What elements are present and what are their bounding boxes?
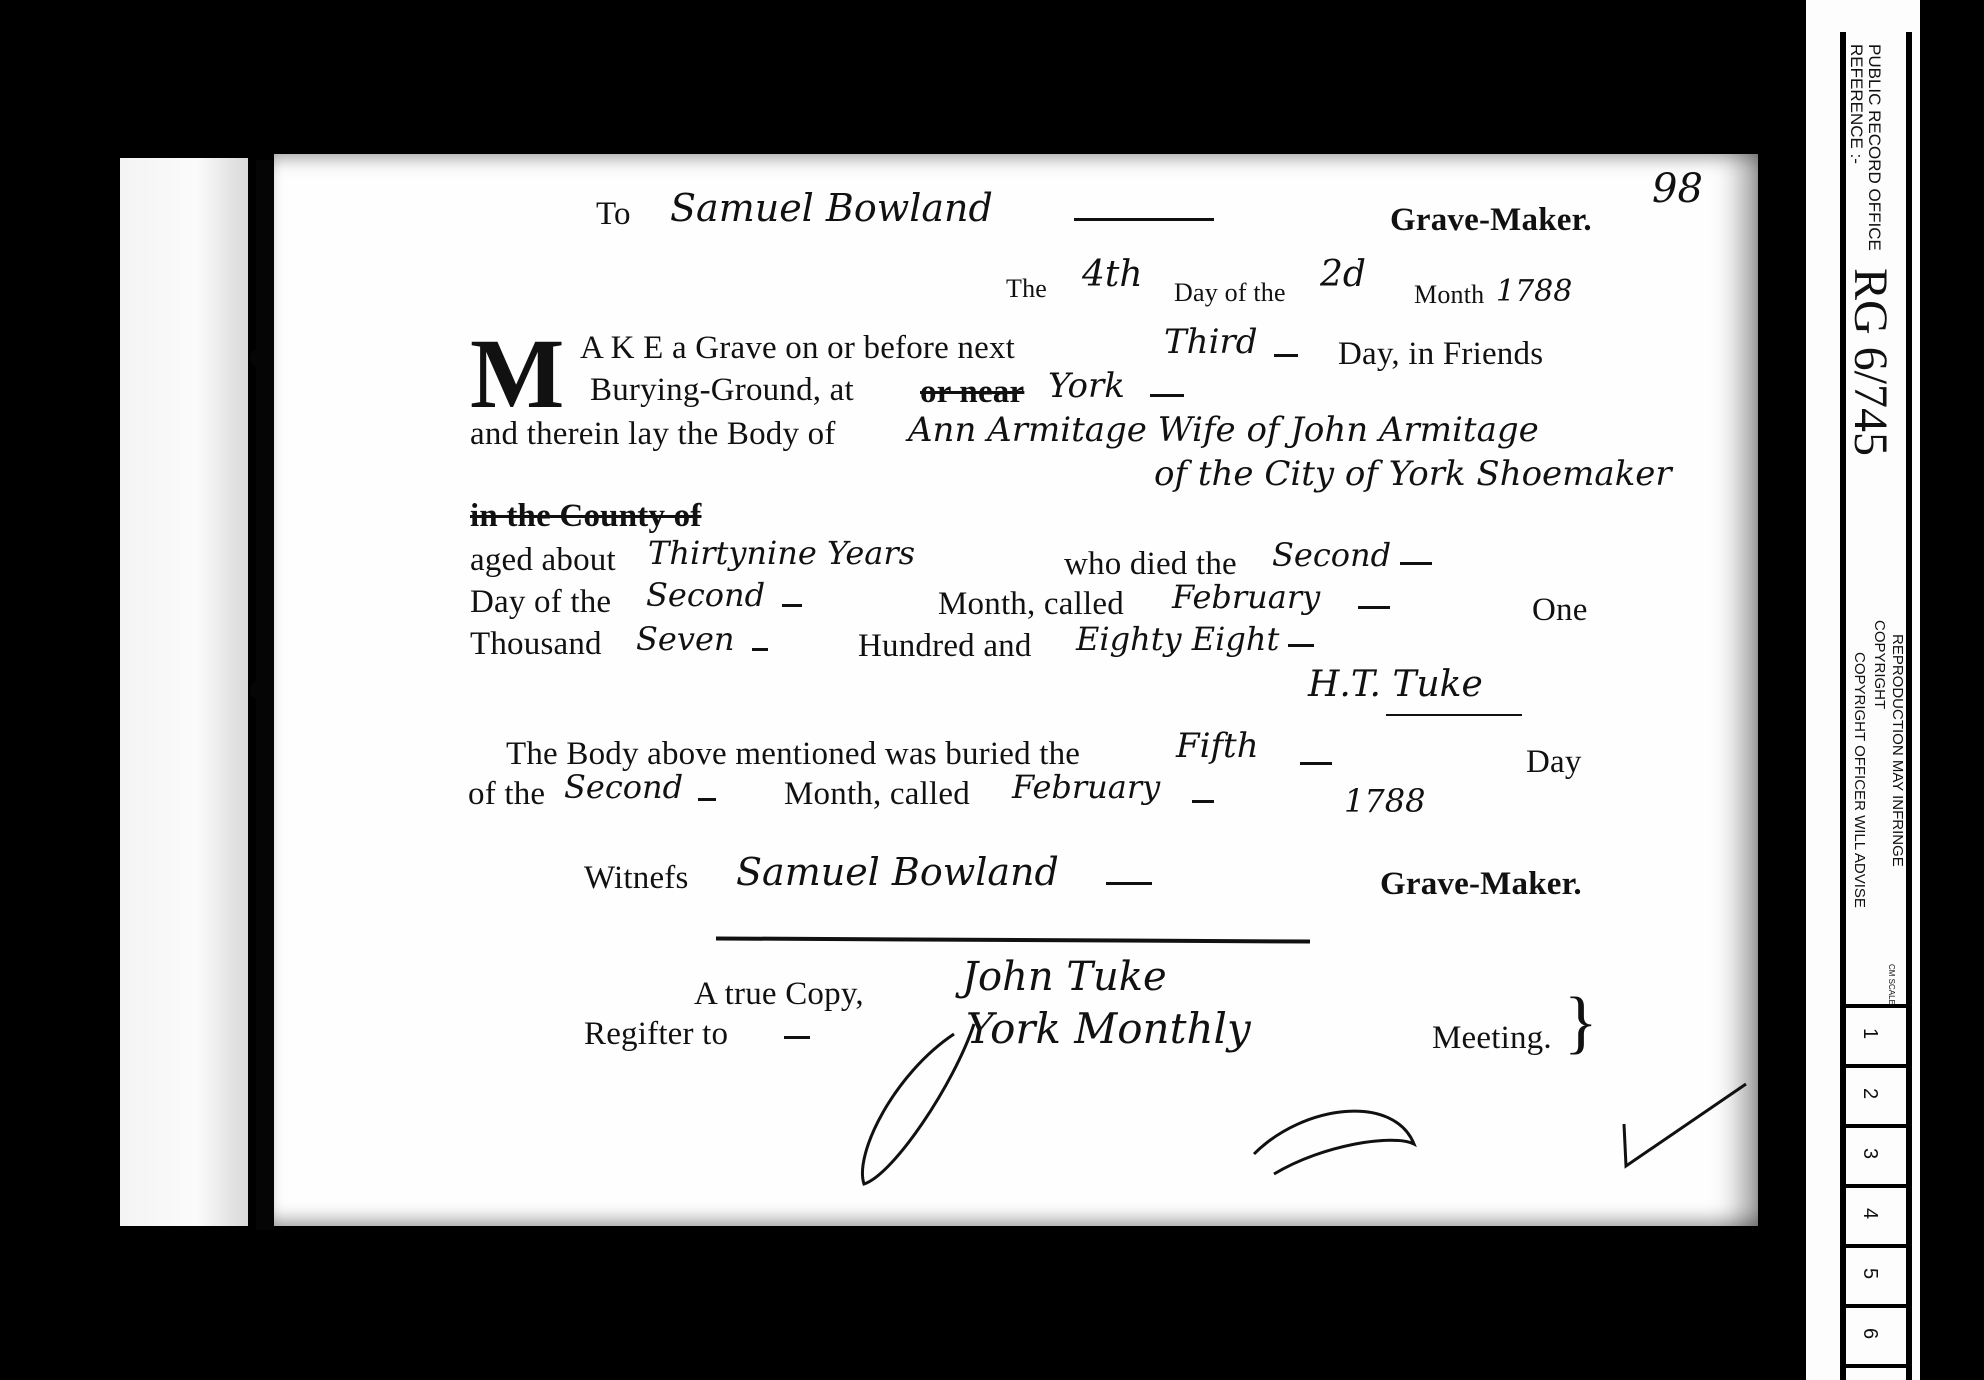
fill-dash <box>782 604 802 607</box>
burial-day: Fifth <box>1176 726 1259 766</box>
fill-dash <box>752 648 768 651</box>
grave-day: Third <box>1164 322 1257 362</box>
scale-cell: 1 <box>1846 1004 1906 1066</box>
fill-dash <box>698 798 716 801</box>
instruction-line3: and therein lay the Body of <box>470 416 836 453</box>
reference-label: REFERENCE :- <box>1846 44 1866 164</box>
instruction-line1: A K E a Grave on or before next <box>580 330 1015 367</box>
scale-mark: 3 <box>1858 1148 1881 1159</box>
scale-cell <box>1846 1364 1906 1380</box>
fill-dash <box>1400 562 1432 565</box>
grave-maker-label: Grave-Maker. <box>1390 202 1592 239</box>
burial-note-document: 98 To Samuel Bowland Grave-Maker. The 4t… <box>274 154 1758 1226</box>
previous-page-edge <box>120 158 248 1226</box>
scale-mark: 2 <box>1858 1088 1881 1099</box>
day-of-the-label: Day of the <box>470 584 611 621</box>
scale-mark: 6 <box>1858 1328 1881 1339</box>
month-called-label: Month, called <box>938 586 1124 623</box>
year-words: Eighty Eight <box>1076 620 1279 658</box>
fill-dash <box>1288 644 1314 647</box>
fill-dash <box>1358 606 1390 609</box>
month-label: Month <box>1414 280 1484 310</box>
burial-place: York <box>1048 366 1125 406</box>
fill-dash <box>1274 354 1298 357</box>
page-number: 98 <box>1652 166 1703 212</box>
scale-cell: 3 <box>1846 1124 1906 1186</box>
burial-month-ordinal: Second <box>564 768 683 806</box>
burial-day-label: Day <box>1526 744 1582 781</box>
scale-cell: 2 <box>1846 1064 1906 1126</box>
warning-line1: REPRODUCTION MAY INFRINGE <box>1889 634 1906 867</box>
date-year: 1788 <box>1496 274 1572 309</box>
fill-dash <box>1300 762 1332 765</box>
burial-year: 1788 <box>1344 782 1425 820</box>
burial-month-name: February <box>1012 768 1160 806</box>
to-label: To <box>596 196 631 233</box>
fill-dash <box>1192 800 1214 803</box>
one-label: One <box>1532 592 1588 629</box>
section-divider <box>716 936 1310 943</box>
instruction-line1-tail: Day, in Friends <box>1338 336 1543 373</box>
fill-dash <box>784 1036 810 1039</box>
struck-or-near: or near <box>920 374 1024 411</box>
warning-line2: COPYRIGHT <box>1871 620 1888 709</box>
true-copy-label: A true Copy, <box>694 976 864 1013</box>
witness-name: Samuel Bowland <box>736 850 1059 894</box>
struck-county: in the County of <box>470 498 701 535</box>
signature-underline <box>1386 714 1522 716</box>
scale-cell: 6 <box>1846 1304 1906 1366</box>
the-label: The <box>1006 274 1047 304</box>
died-month-name: February <box>1172 578 1320 616</box>
scale-label: CM SCALE <box>1887 964 1896 1005</box>
died-month-ordinal: Second <box>646 576 765 614</box>
signature-flourish <box>834 1014 1474 1294</box>
scale-mark: 1 <box>1858 1028 1881 1039</box>
died-day: Second <box>1272 536 1391 574</box>
witness-grave-maker-label: Grave-Maker. <box>1380 866 1582 903</box>
warning-line3: COPYRIGHT OFFICER WILL ADVISE <box>1851 652 1868 908</box>
scale-mark: 5 <box>1858 1268 1881 1279</box>
reference-code: RG 6/745 <box>1843 268 1898 456</box>
fill-dash <box>1150 394 1184 397</box>
age: Thirtynine Years <box>648 534 915 572</box>
fill-dash <box>1106 882 1152 885</box>
aged-label: aged about <box>470 542 616 579</box>
date-day: 4th <box>1082 254 1143 295</box>
thousand-label: Thousand <box>470 626 602 663</box>
check-mark-icon <box>1614 1054 1754 1174</box>
fill-dash <box>1074 218 1214 221</box>
date-month: 2d <box>1320 254 1366 295</box>
clerk-signature: H.T. Tuke <box>1308 664 1483 705</box>
deceased-name: Ann Armitage Wife of John Armitage <box>908 410 1539 450</box>
office-label: PUBLIC RECORD OFFICE <box>1864 44 1884 251</box>
hundreds-words: Seven <box>636 620 734 658</box>
grave-maker-name: Samuel Bowland <box>670 186 993 230</box>
register-label: Regifter to <box>584 1016 728 1053</box>
scale-cell: 5 <box>1846 1244 1906 1306</box>
instruction-line2: Burying-Ground, at <box>590 372 854 409</box>
dropcap: M <box>470 324 564 424</box>
day-of-label: Day of the <box>1174 278 1286 308</box>
scale-cell: 4 <box>1846 1184 1906 1246</box>
hundred-and-label: Hundred and <box>858 628 1032 665</box>
burial-month-called-label: Month, called <box>784 776 970 813</box>
scale-mark: 4 <box>1858 1208 1881 1219</box>
of-the-label: of the <box>468 776 545 813</box>
brace-mark: } <box>1564 988 1598 1058</box>
deceased-residence: of the City of York Shoemaker <box>1154 454 1672 494</box>
witness-label: Witnefs <box>584 860 689 897</box>
signatory-name: John Tuke <box>962 954 1167 1000</box>
